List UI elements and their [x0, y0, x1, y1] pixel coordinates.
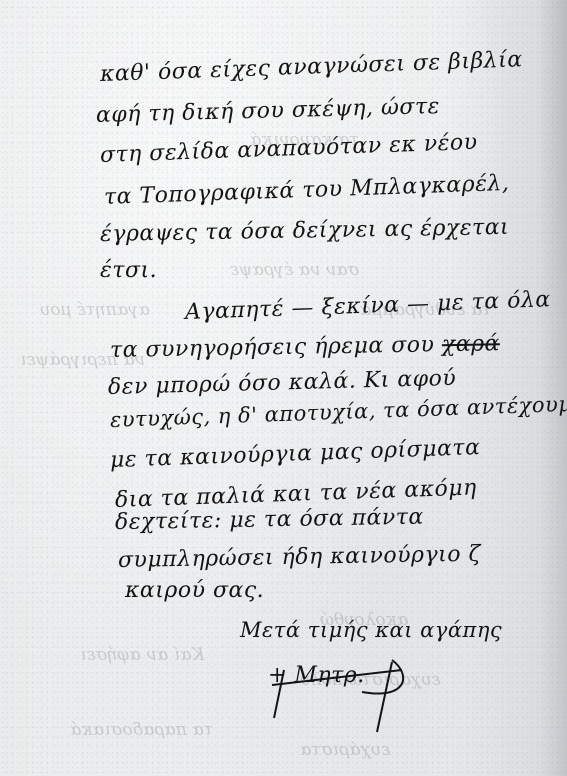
- letter-line: τα συνηγορήσεις ήρεμα σου χαρά: [110, 331, 500, 363]
- letter-line: δεχτείτε: με τα όσα πάντα: [115, 505, 424, 535]
- letter-line: αφή τη δική σου σκέψη, ώστε: [96, 94, 441, 128]
- letter-line: έγραψες τα όσα δείχνει ας έρχεται: [100, 215, 510, 247]
- letter-line: συμπληρώσει ήδη καινούργιο ζ: [118, 542, 481, 573]
- letter-line: καθ' όσα είχες αναγνώσει σε βιβλία: [100, 47, 523, 87]
- letter-line: δεν μπορώ όσο καλά. Κι αφού: [108, 366, 457, 400]
- letter-body: καθ' όσα είχες αναγνώσει σε βιβλία αφή τ…: [0, 0, 567, 776]
- letter-line-text: τα συνηγορήσεις ήρεμα σου: [110, 332, 435, 363]
- letter-line: με τα καινούργια μας ορίσματα: [110, 435, 481, 473]
- letter-line: στη σελίδα αναπαυόταν εκ νέου: [100, 130, 478, 168]
- letter-line: Αγαπητέ — ξεκίνα — με τα όλα: [185, 287, 552, 325]
- letter-line-text: έγραψες τα όσα δείχνει ας έρχεται: [100, 215, 510, 247]
- signature-flourish: [262, 640, 422, 740]
- letter-line: καιρού σας.: [125, 578, 264, 603]
- letter-line: τα Τοπογραφικά του Μπλαγκαρέλ,: [104, 171, 510, 210]
- letter-line: έτσι.: [100, 258, 157, 283]
- scanned-letter-page: τα κανονικά αγαπητέ μου σαν να έγραψε τα…: [0, 0, 567, 776]
- struck-out-word: χαρά: [442, 331, 500, 357]
- letter-closing: Μετά τιμής και αγάπης: [240, 618, 502, 642]
